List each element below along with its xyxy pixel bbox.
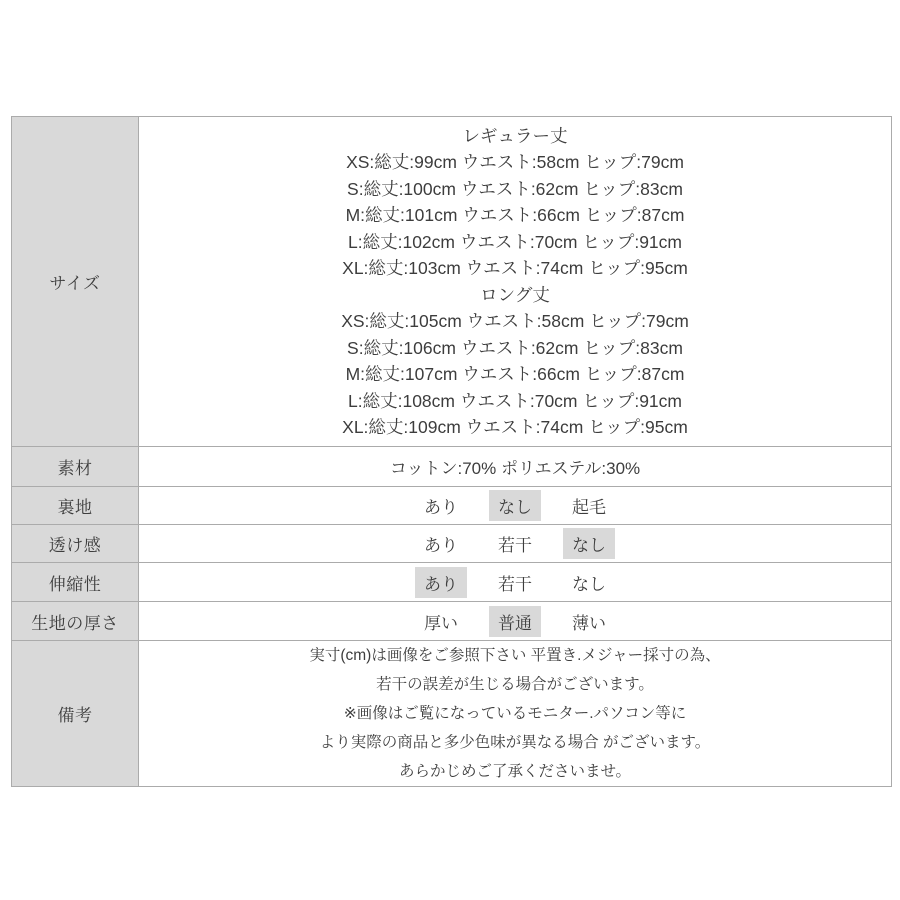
option-jakkan: 若干: [489, 528, 541, 559]
size-line: M:総丈:107cm ウエスト:66cm ヒップ:87cm: [346, 361, 685, 388]
size-cell: レギュラー丈 XS:総丈:99cm ウエスト:58cm ヒップ:79cm S:総…: [139, 117, 891, 446]
stretch-options: あり 若干 なし: [139, 563, 891, 601]
option-futsuu-selected: 普通: [489, 606, 541, 637]
size-section-heading-long: ロング丈: [480, 282, 550, 309]
size-line: XS:総丈:99cm ウエスト:58cm ヒップ:79cm: [346, 149, 684, 176]
size-line: XL:総丈:103cm ウエスト:74cm ヒップ:95cm: [342, 255, 688, 282]
option-usui: 薄い: [563, 606, 615, 637]
row-header-material: 素材: [12, 447, 139, 486]
note-line: ※画像はご覧になっているモニター.パソコン等に: [344, 699, 687, 728]
note-line: 実寸(cm)は画像をご参照下さい 平置き.メジャー採寸の為、: [309, 641, 720, 670]
product-spec-table: サイズ レギュラー丈 XS:総丈:99cm ウエスト:58cm ヒップ:79cm…: [11, 116, 892, 787]
size-section-heading-regular: レギュラー丈: [463, 123, 568, 150]
option-kimo: 起毛: [563, 490, 615, 521]
size-line: XS:総丈:105cm ウエスト:58cm ヒップ:79cm: [341, 308, 689, 335]
row-header-sheerness: 透け感: [12, 525, 139, 562]
row-header-stretch: 伸縮性: [12, 563, 139, 601]
notes-cell: 実寸(cm)は画像をご参照下さい 平置き.メジャー採寸の為、 若干の誤差が生じる…: [139, 641, 891, 786]
size-line: S:総丈:106cm ウエスト:62cm ヒップ:83cm: [347, 335, 683, 362]
table-row-lining: 裏地 あり なし 起毛: [12, 487, 891, 525]
option-nashi-selected: なし: [563, 528, 615, 559]
row-header-notes: 備考: [12, 641, 139, 786]
row-header-lining: 裏地: [12, 487, 139, 524]
note-line: より実際の商品と多少色味が異なる場合 がございます。: [320, 728, 711, 757]
option-ari-selected: あり: [415, 567, 467, 598]
option-nashi-selected: なし: [489, 490, 541, 521]
note-line: 若干の誤差が生じる場合がございます。: [376, 670, 654, 699]
table-row-size: サイズ レギュラー丈 XS:総丈:99cm ウエスト:58cm ヒップ:79cm…: [12, 117, 891, 447]
lining-options: あり なし 起毛: [139, 487, 891, 524]
size-line: L:総丈:108cm ウエスト:70cm ヒップ:91cm: [348, 388, 682, 415]
table-row-stretch: 伸縮性 あり 若干 なし: [12, 563, 891, 602]
table-row-thickness: 生地の厚さ 厚い 普通 薄い: [12, 602, 891, 641]
row-header-size: サイズ: [12, 117, 139, 446]
size-line: L:総丈:102cm ウエスト:70cm ヒップ:91cm: [348, 229, 682, 256]
material-value: コットン:70% ポリエステル:30%: [139, 447, 891, 486]
table-row-sheerness: 透け感 あり 若干 なし: [12, 525, 891, 563]
sheerness-options: あり 若干 なし: [139, 525, 891, 562]
option-atsui: 厚い: [415, 606, 467, 637]
size-line: M:総丈:101cm ウエスト:66cm ヒップ:87cm: [346, 202, 685, 229]
thickness-options: 厚い 普通 薄い: [139, 602, 891, 640]
row-header-thickness: 生地の厚さ: [12, 602, 139, 640]
option-nashi: なし: [563, 567, 615, 598]
option-jakkan: 若干: [489, 567, 541, 598]
size-line: XL:総丈:109cm ウエスト:74cm ヒップ:95cm: [342, 414, 688, 441]
table-row-notes: 備考 実寸(cm)は画像をご参照下さい 平置き.メジャー採寸の為、 若干の誤差が…: [12, 641, 891, 786]
table-row-material: 素材 コットン:70% ポリエステル:30%: [12, 447, 891, 487]
option-ari: あり: [415, 528, 467, 559]
option-ari: あり: [415, 490, 467, 521]
note-line: あらかじめご了承くださいませ。: [399, 757, 631, 786]
size-line: S:総丈:100cm ウエスト:62cm ヒップ:83cm: [347, 176, 683, 203]
